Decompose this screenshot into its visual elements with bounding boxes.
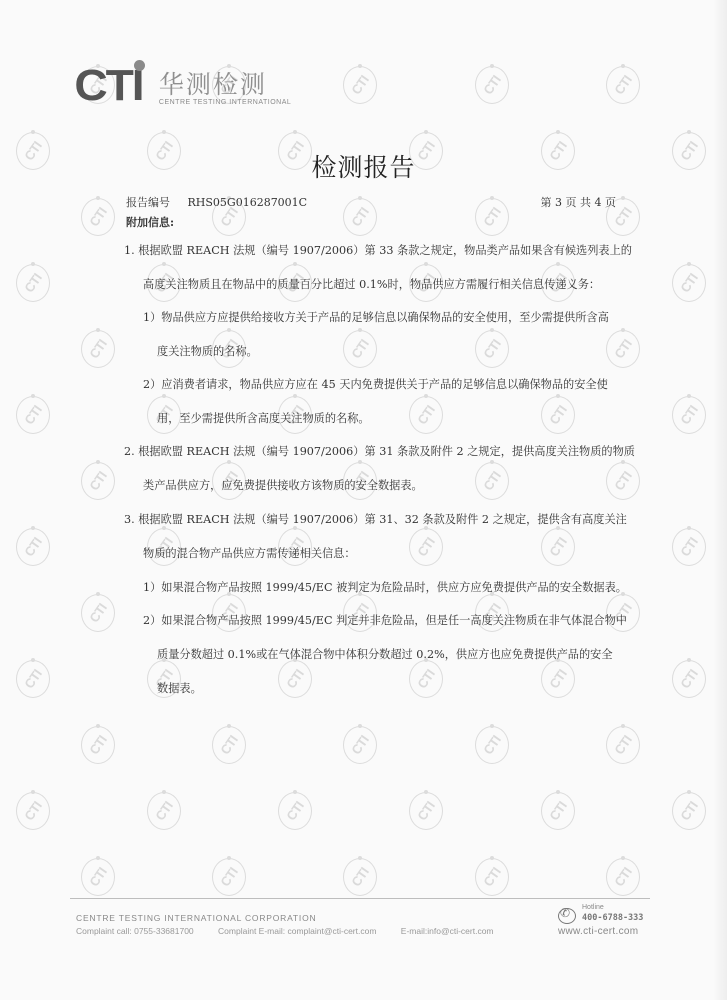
watermark-text: CTI [480, 469, 503, 494]
watermark-text: CTI [414, 667, 437, 692]
cti-watermark-icon: CTI [475, 330, 509, 368]
watermark-text: CTI [283, 799, 306, 824]
clause-3-line-2: 物质的混合物产品供应方需传递相关信息： [143, 545, 356, 562]
cti-watermark-icon: CTI [409, 792, 443, 830]
document-title: 检测报告 [0, 148, 727, 184]
watermark-text: CTI [86, 337, 109, 362]
cti-watermark-icon: CTI [81, 858, 115, 896]
watermark-text: CTI [21, 535, 44, 560]
watermark-text: CTI [414, 535, 437, 560]
cti-watermark-icon: CTI [16, 660, 50, 698]
watermark-text: CTI [677, 667, 700, 692]
clause-3-line-1: 3. 根据欧盟 REACH 法规（编号 1907/2006）第 31、32 条款… [124, 511, 627, 528]
watermark-text: CTI [480, 337, 503, 362]
watermark-text: CTI [677, 403, 700, 428]
cti-watermark-icon: CTI [343, 66, 377, 104]
watermark-text: CTI [611, 337, 634, 362]
cti-watermark-icon: CTI [475, 858, 509, 896]
cti-watermark-icon: CTI [475, 66, 509, 104]
watermark-text: CTI [414, 403, 437, 428]
cti-watermark-icon: CTI [541, 792, 575, 830]
cti-watermark-icon: CTI [541, 528, 575, 566]
watermark-text: CTI [86, 733, 109, 758]
cti-watermark-icon: CTI [606, 462, 640, 500]
watermark-text: CTI [21, 271, 44, 296]
cti-watermark-icon: CTI [81, 330, 115, 368]
watermark-text: CTI [348, 337, 371, 362]
watermark-text: CTI [546, 403, 569, 428]
cti-watermark-icon: CTI [541, 660, 575, 698]
watermark-text: CTI [677, 271, 700, 296]
clause-3-sub-1: 1）如果混合物产品按照 1999/45/EC 被判定为危险品时，供应方应免费提供… [143, 579, 627, 596]
watermark-text: CTI [611, 469, 634, 494]
cti-watermark-icon: CTI [672, 792, 706, 830]
clause-1-sub-2-line-1: 2）应消费者请求，物品供应方应在 45 天内免费提供关于产品的足够信息以确保物品… [143, 376, 608, 393]
cti-watermark-icon: CTI [672, 396, 706, 434]
report-meta-row: 报告编号 RHS05G016287001C 第 3 页 共 4 页 [126, 194, 616, 210]
cti-watermark-icon: CTI [409, 396, 443, 434]
cti-watermark-icon: CTI [278, 660, 312, 698]
cti-logo: CTI 华测检测 CENTRE TESTING INTERNATIONAL [76, 66, 291, 106]
watermark-text: CTI [677, 535, 700, 560]
cti-watermark-icon: CTI [16, 792, 50, 830]
cti-watermark-icon: CTI [541, 396, 575, 434]
cti-watermark-icon: CTI [16, 264, 50, 302]
clause-3-sub-2-line-3: 数据表。 [157, 680, 202, 697]
watermark-text: CTI [283, 667, 306, 692]
footer-contacts: Complaint call: 0755-33681700 Complaint … [76, 926, 516, 936]
cti-watermark-icon: CTI [16, 396, 50, 434]
watermark-text: CTI [21, 403, 44, 428]
cti-watermark-icon: CTI [606, 66, 640, 104]
watermark-text: CTI [348, 73, 371, 98]
cti-watermark-icon: CTI [475, 726, 509, 764]
cti-watermark-icon: CTI [343, 858, 377, 896]
watermark-text: CTI [86, 469, 109, 494]
cti-watermark-icon: CTI [81, 198, 115, 236]
cti-watermark-icon: CTI [475, 462, 509, 500]
logo-mark: CTI [74, 66, 142, 106]
cti-watermark-icon: CTI [606, 330, 640, 368]
watermark-text: CTI [348, 865, 371, 890]
phone-icon [558, 908, 576, 924]
watermark-text: CTI [480, 865, 503, 890]
info-email: E-mail:info@cti-cert.com [401, 926, 494, 936]
section-heading: 附加信息: [126, 214, 174, 230]
watermark-text: CTI [611, 73, 634, 98]
complaint-call: Complaint call: 0755-33681700 [76, 926, 194, 936]
hotline-number: 400-6788-333 [582, 913, 643, 923]
footer-divider [70, 898, 650, 899]
watermark-text: CTI [480, 73, 503, 98]
cti-watermark-icon: CTI [606, 726, 640, 764]
cti-watermark-icon: CTI [16, 528, 50, 566]
clause-2-line-1: 2. 根据欧盟 REACH 法规（编号 1907/2006）第 31 条款及附件… [124, 443, 635, 460]
cti-watermark-icon: CTI [606, 858, 640, 896]
cti-watermark-icon: CTI [81, 726, 115, 764]
cti-watermark-icon: CTI [147, 792, 181, 830]
logo-chinese-name: 华测检测 [159, 71, 291, 98]
watermark-text: CTI [677, 799, 700, 824]
clause-1-line-2: 高度关注物质且在物品中的质量百分比超过 0.1%时，物品供应方需履行相关信息传递… [143, 276, 600, 293]
cti-watermark-icon: CTI [81, 594, 115, 632]
watermark-text: CTI [152, 799, 175, 824]
watermark-text: CTI [348, 733, 371, 758]
clause-1-line-1: 1. 根据欧盟 REACH 法规（编号 1907/2006）第 33 条款之规定… [124, 242, 632, 259]
watermark-text: CTI [611, 865, 634, 890]
website-link: www.cti-cert.com [558, 926, 638, 937]
watermark-text: CTI [546, 799, 569, 824]
watermark-text: CTI [414, 799, 437, 824]
watermark-text: CTI [86, 865, 109, 890]
report-number-label: 报告编号 [126, 196, 170, 209]
watermark-text: CTI [86, 205, 109, 230]
watermark-text: CTI [21, 667, 44, 692]
logo-dot-icon [134, 60, 145, 71]
cti-watermark-icon: CTI [672, 528, 706, 566]
report-number: RHS05G016287001C [188, 196, 308, 209]
page-info: 第 3 页 共 4 页 [541, 194, 616, 210]
cti-watermark-icon: CTI [278, 792, 312, 830]
watermark-text: CTI [21, 799, 44, 824]
cti-watermark-icon: CTI [672, 264, 706, 302]
clause-3-sub-2-line-2: 质量分数超过 0.1%或在气体混合物中体积分数超过 0.2%，供应方也应免费提供… [157, 646, 613, 663]
cti-watermark-icon: CTI [672, 660, 706, 698]
watermark-text: CTI [546, 535, 569, 560]
cti-watermark-icon: CTI [409, 528, 443, 566]
cti-watermark-icon: CTI [343, 330, 377, 368]
watermark-text: CTI [217, 733, 240, 758]
watermark-text: CTI [217, 865, 240, 890]
footer-corporation: CENTRE TESTING INTERNATIONAL CORPORATION [76, 913, 316, 923]
watermark-text: CTI [546, 667, 569, 692]
clause-1-sub-1-line-1: 1）物品供应方应提供给接收方关于产品的足够信息以确保物品的安全使用，至少需提供所… [143, 309, 609, 326]
cti-watermark-icon: CTI [343, 726, 377, 764]
hotline-label: Hotline [582, 904, 604, 911]
watermark-text: CTI [86, 601, 109, 626]
cti-watermark-icon: CTI [81, 462, 115, 500]
watermark-text: CTI [611, 733, 634, 758]
clause-1-sub-2-line-2: 用，至少需提供所含高度关注物质的名称。 [157, 410, 370, 427]
cti-watermark-icon: CTI [212, 726, 246, 764]
logo-english-name: CENTRE TESTING INTERNATIONAL [159, 99, 291, 106]
report-page: CTICTICTICTICTICTICTICTICTICTICTICTICTIC… [0, 0, 727, 1000]
clause-1-sub-1-line-2: 度关注物质的名称。 [157, 343, 258, 360]
complaint-email: Complaint E-mail: complaint@cti-cert.com [218, 926, 376, 936]
watermark-text: CTI [480, 733, 503, 758]
clause-2-line-2: 类产品供应方，应免费提供接收方该物质的安全数据表。 [143, 477, 423, 494]
cti-watermark-icon: CTI [409, 660, 443, 698]
clause-3-sub-2-line-1: 2）如果混合物产品按照 1999/45/EC 判定并非危险品，但是任一高度关注物… [143, 612, 627, 629]
cti-watermark-icon: CTI [212, 858, 246, 896]
